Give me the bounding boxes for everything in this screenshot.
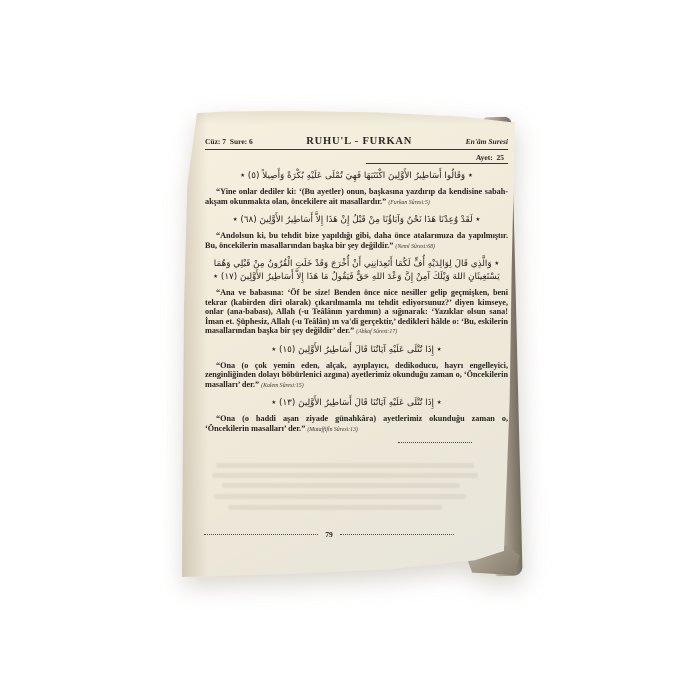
ghost-text-line bbox=[212, 473, 478, 478]
book-page: Cüz: 7 Sure: 6 RUHU'L - FURKAN En'âm Sur… bbox=[182, 111, 515, 577]
ghost-text-line bbox=[228, 505, 442, 510]
citation: (Mutaffifîn Sûresi:13) bbox=[307, 427, 358, 433]
verse-section-3: ٭ وَالَّذِي قَالَ لِوَالِدَيْهِ أُفٍّ لَ… bbox=[205, 258, 508, 338]
page-content: Cüz: 7 Sure: 6 RUHU'L - FURKAN En'âm Sur… bbox=[205, 136, 508, 443]
ghost-text-line bbox=[222, 483, 460, 488]
citation: (Furkan Sûresi:5) bbox=[388, 200, 429, 206]
arabic-verse: ٭ وَقَالُوا أَسَاطِيرُ الأَوَّلِينَ اكْت… bbox=[205, 170, 508, 183]
ayet-label: Ayet: 25 bbox=[205, 153, 508, 162]
arabic-verse: ٭ إِذَا تُتْلَى عَلَيْهِ آيَاتُنَا قَالَ… bbox=[205, 397, 508, 410]
verse-section-1: ٭ وَقَالُوا أَسَاطِيرُ الأَوَّلِينَ اكْت… bbox=[205, 170, 508, 208]
arabic-verse: ٭ لَقَدْ وُعِدْنَا هَذَا نَحْنُ وَآبَاؤُ… bbox=[205, 214, 508, 227]
arabic-verse: ٭ إِذَا تُتْلَى عَلَيْهِ آيَاتُنَا قَالَ… bbox=[205, 344, 508, 357]
book-photo: Cüz: 7 Sure: 6 RUHU'L - FURKAN En'âm Sur… bbox=[0, 0, 700, 700]
translation-text: “Andolsun ki, bu tehdit bize yapıldığı g… bbox=[205, 231, 508, 250]
section-end-separator bbox=[398, 442, 472, 443]
translation-paragraph: “Ona (o çok yemin eden, alçak, ayıplayıc… bbox=[205, 361, 508, 392]
footer-dotted-rule-left bbox=[204, 534, 318, 535]
page-number: 79 bbox=[325, 531, 333, 539]
verse-section-4: ٭ إِذَا تُتْلَى عَلَيْهِ آيَاتُنَا قَالَ… bbox=[205, 344, 508, 392]
page-header: Cüz: 7 Sure: 6 RUHU'L - FURKAN En'âm Sur… bbox=[205, 136, 508, 147]
translation-text: “Ana ve babasına: ‘Öf be size! Benden ön… bbox=[205, 288, 508, 335]
page-footer: 79 bbox=[204, 531, 454, 539]
header-rule bbox=[205, 149, 508, 150]
verse-section-2: ٭ لَقَدْ وُعِدْنَا هَذَا نَحْنُ وَآبَاؤُ… bbox=[205, 214, 508, 252]
translation-paragraph: “Ana ve babasına: ‘Öf be size! Benden ön… bbox=[205, 288, 508, 338]
translation-paragraph: “Ona (o haddi aşan ziyade günahkâra) aye… bbox=[205, 414, 508, 435]
ayet-rule bbox=[366, 163, 508, 164]
translation-text: “Yine onlar dediler ki: ‘(Bu ayetler) on… bbox=[205, 187, 508, 206]
citation: (Kalem Sûresi:15) bbox=[261, 383, 303, 389]
ghost-text-line bbox=[216, 463, 474, 468]
cuz-sure-label: Cüz: 7 Sure: 6 bbox=[205, 137, 253, 146]
verse-section-5: ٭ إِذَا تُتْلَى عَلَيْهِ آيَاتُنَا قَالَ… bbox=[205, 397, 508, 435]
top-edge-shadow bbox=[182, 111, 515, 125]
citation: (Ahkaf Sûresi:17) bbox=[356, 329, 397, 335]
ghost-text-line bbox=[214, 494, 466, 499]
sure-name-label: En'âm Suresi bbox=[466, 137, 508, 146]
translation-text: “Ona (o çok yemin eden, alçak, ayıplayıc… bbox=[205, 361, 508, 389]
arabic-verse: ٭ وَالَّذِي قَالَ لِوَالِدَيْهِ أُفٍّ لَ… bbox=[205, 258, 508, 284]
citation: (Neml Sûresi:68) bbox=[395, 244, 435, 250]
book-title: RUHU'L - FURKAN bbox=[306, 136, 412, 147]
translation-paragraph: “Andolsun ki, bu tehdit bize yapıldığı g… bbox=[205, 231, 508, 252]
footer-dotted-rule-right bbox=[340, 534, 454, 535]
translation-paragraph: “Yine onlar dediler ki: ‘(Bu ayetler) on… bbox=[205, 187, 508, 208]
open-book: Cüz: 7 Sure: 6 RUHU'L - FURKAN En'âm Sur… bbox=[0, 0, 700, 700]
